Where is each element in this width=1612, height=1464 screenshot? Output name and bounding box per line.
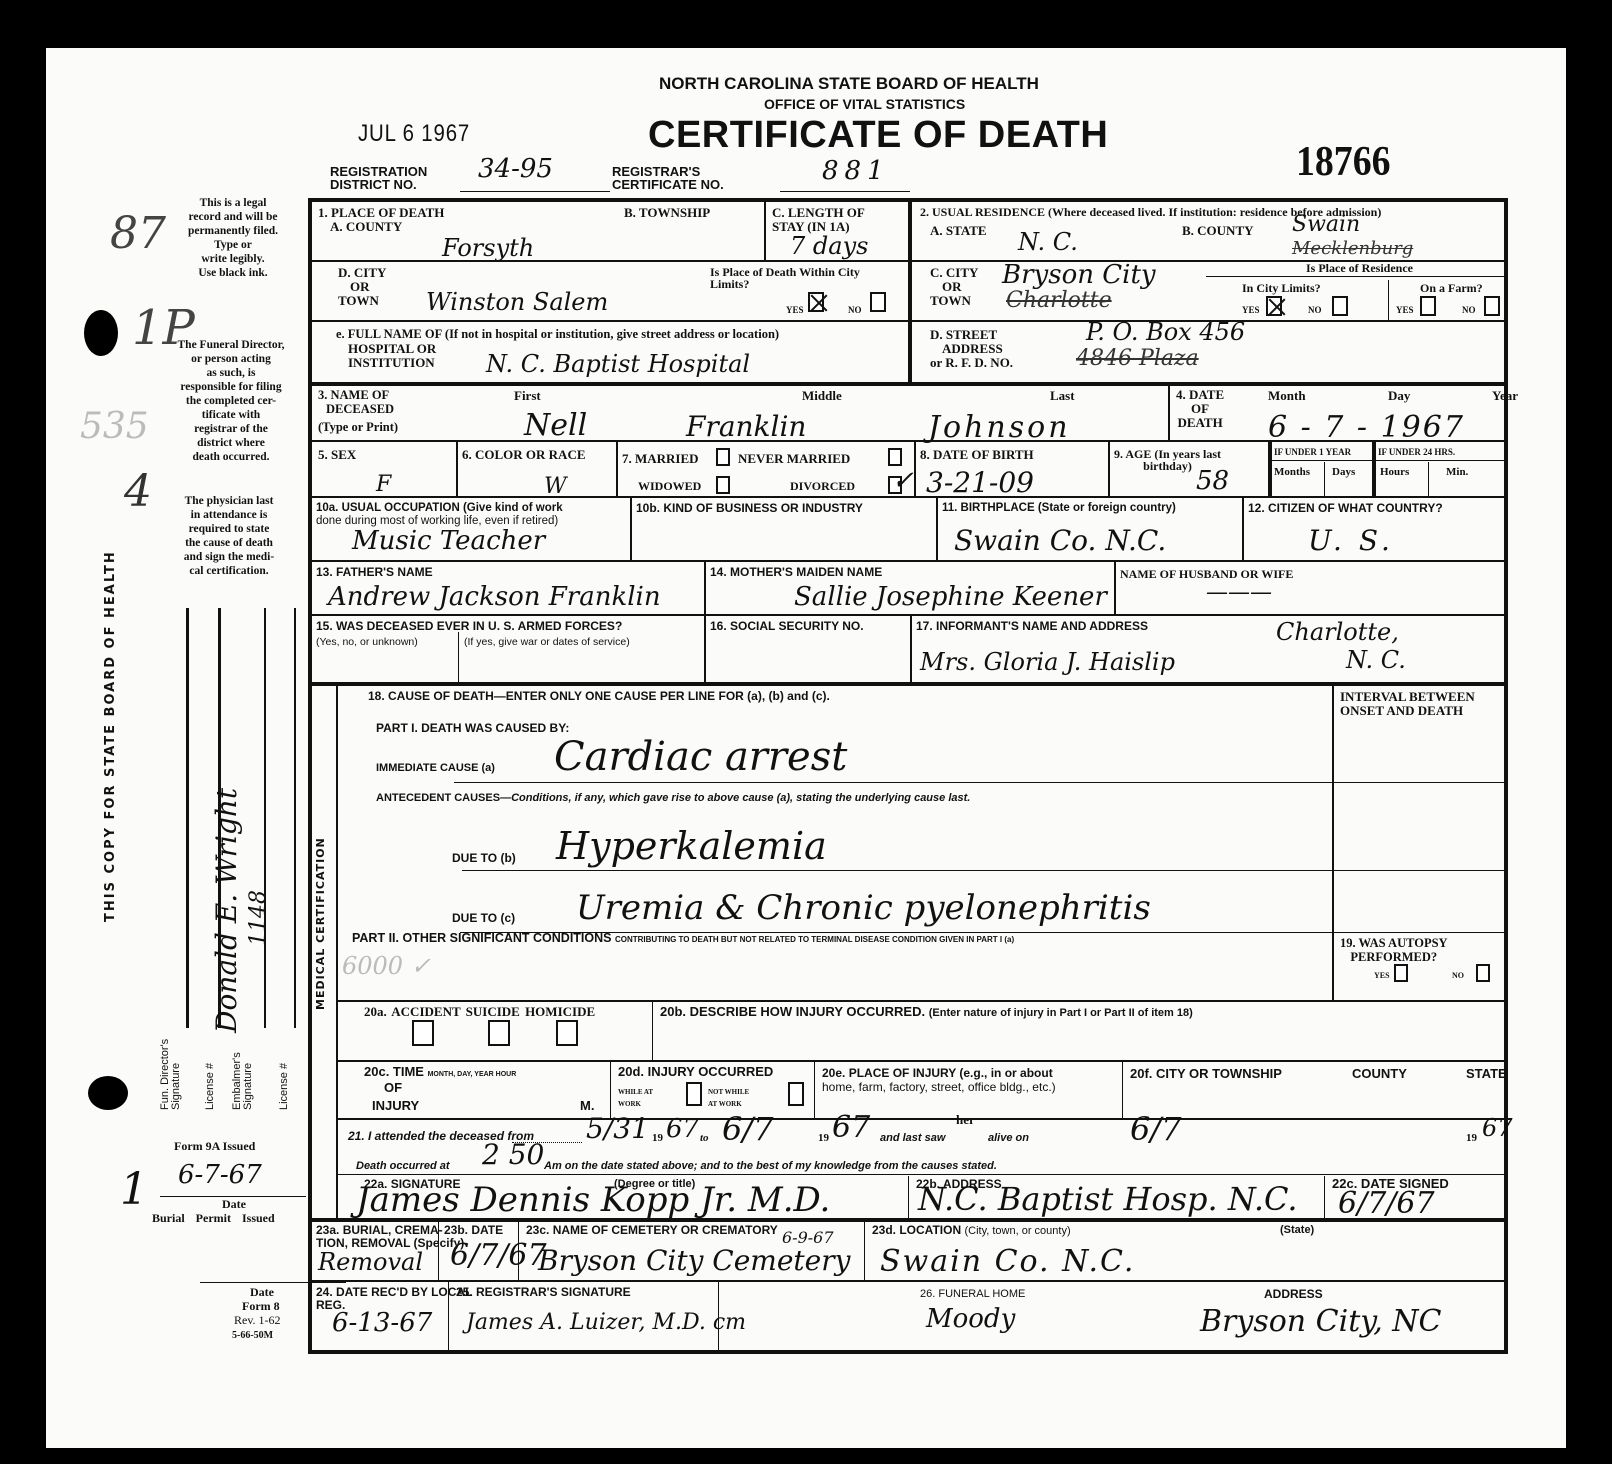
registrar-signature-label: 25. REGISTRAR'S SIGNATURE <box>456 1286 631 1298</box>
mother-name-label: 14. MOTHER'S MAIDEN NAME <box>710 566 882 578</box>
last-seen-19: 19 <box>1466 1132 1477 1144</box>
burial-permit-label: Burial Permit Issued <box>152 1212 275 1224</box>
within-city-yes-checkbox[interactable] <box>808 292 824 312</box>
business-label: 10b. KIND OF BUSINESS OR INDUSTRY <box>636 502 863 514</box>
registration-district-value[interactable]: 34-95 <box>478 154 553 184</box>
alive-on-label: alive on <box>988 1132 1029 1144</box>
last-seen-date[interactable]: 6/7 <box>1130 1110 1182 1148</box>
father-name-label: 13. FATHER'S NAME <box>316 566 433 578</box>
mother-name[interactable]: Sallie Josephine Keener <box>794 582 1107 612</box>
res-street-label: d. STREET ADDRESS or R. F. D. NO. <box>930 328 1013 370</box>
while-at-work-label: WHILE AT WORK <box>618 1086 654 1110</box>
res-city-label: c. CITY OR TOWN <box>930 266 978 308</box>
under-24-hrs-label: IF UNDER 24 HRS. <box>1378 446 1455 458</box>
time-of-label: OF <box>384 1082 402 1094</box>
res-street-struck: 4846 Plaza <box>1076 346 1199 371</box>
informant-state[interactable]: N. C. <box>1346 646 1406 674</box>
autopsy-yes-label: YES <box>1374 970 1390 982</box>
res-city[interactable]: Bryson City <box>1002 260 1156 290</box>
injury-occurred-label: 20d. INJURY OCCURRED <box>618 1066 773 1078</box>
registrar-cert-label: REGISTRAR'S CERTIFICATE NO. <box>612 165 724 191</box>
funeral-home[interactable]: Moody <box>926 1304 1015 1334</box>
location-state-label: (State) <box>1280 1224 1314 1236</box>
place-of-injury-label: 20e. PLACE OF INJURY (e.g., in or about … <box>822 1066 1056 1094</box>
date-label-2: Date <box>250 1286 274 1298</box>
date-of-birth-label: 8. DATE OF BIRTH <box>920 448 1034 462</box>
birthplace-label: 11. BIRTHPLACE (State or foreign country… <box>942 502 1176 514</box>
while-at-work-checkbox[interactable] <box>686 1082 702 1106</box>
sex-value[interactable]: F <box>376 472 391 497</box>
res-limits-yes-label: YES <box>1242 304 1260 316</box>
due-to-c-label: DUE TO (c) <box>452 912 515 924</box>
page-title: CERTIFICATE OF DEATH <box>648 114 1108 157</box>
occupation-value[interactable]: Music Teacher <box>352 526 545 556</box>
form-9a-date[interactable]: 6-7-67 <box>178 1160 262 1190</box>
part2-value: 6000 ✓ <box>342 952 431 980</box>
father-name[interactable]: Andrew Jackson Franklin <box>328 582 661 612</box>
hospital-label: e. FULL NAME OF (If not in hospital or i… <box>336 328 779 340</box>
embalmer-signature-label: Embalmer's Signature <box>232 1020 254 1110</box>
attended-from-19: 19 <box>652 1132 663 1144</box>
first-label: First <box>514 390 541 402</box>
margin-note-1: 1 <box>120 1164 148 1215</box>
widowed-label: WIDOWED <box>638 480 701 492</box>
him-her-label: her <box>956 1114 975 1126</box>
antecedent-label: ANTECEDENT CAUSES—Conditions, if any, wh… <box>376 792 970 804</box>
city-limits-label: In City Limits? <box>1242 282 1321 294</box>
res-limits-no-label: NO <box>1308 304 1322 316</box>
township-label: b. TOWNSHIP <box>624 206 710 220</box>
autopsy-no-label: NO <box>1452 970 1464 982</box>
within-city-no-checkbox[interactable] <box>870 292 886 312</box>
not-while-at-work-checkbox[interactable] <box>788 1082 804 1106</box>
in-city-limits-no-checkbox[interactable] <box>1332 296 1348 316</box>
under-1-year-label: IF UNDER 1 YEAR <box>1274 446 1351 458</box>
part1-label: PART I. DEATH WAS CAUSED BY: <box>376 722 569 734</box>
res-county-label: b. COUNTY <box>1182 224 1254 238</box>
year-label: Year <box>1492 390 1518 402</box>
month-label: Month <box>1268 390 1306 402</box>
injury-county-label: COUNTY <box>1352 1068 1407 1080</box>
office-title: OFFICE OF VITAL STATISTICS <box>764 96 965 112</box>
spouse-name-label: NAME OF HUSBAND OR WIFE <box>1120 568 1293 580</box>
injury-city-label: 20f. CITY OR TOWNSHIP <box>1130 1068 1282 1080</box>
disposition-date[interactable]: 6/7/67 <box>450 1238 547 1273</box>
attended-from[interactable]: 5/31 <box>586 1112 649 1145</box>
divorced-label: DIVORCED <box>790 480 855 492</box>
part2-label: PART II. OTHER SIGNIFICANT CONDITIONS CO… <box>352 932 1014 946</box>
citizen-label: 12. CITIZEN OF WHAT COUNTRY? <box>1248 502 1443 514</box>
city-of-death[interactable]: Winston Salem <box>426 288 608 316</box>
attended-to[interactable]: 6/7 <box>722 1110 774 1148</box>
not-while-at-work-label: NOT WHILE AT WORK <box>708 1086 752 1110</box>
hospital-label-2: HOSPITAL OR INSTITUTION <box>348 342 436 370</box>
license-label-1: License # <box>204 1063 216 1110</box>
funeral-home-address[interactable]: Bryson City, NC <box>1200 1304 1442 1339</box>
occupation-label: 10a. USUAL OCCUPATION (Give kind of work… <box>316 502 563 528</box>
death-certificate: NORTH CAROLINA STATE BOARD OF HEALTH OFF… <box>46 48 1566 1448</box>
sex-label: 5. SEX <box>318 448 356 462</box>
spouse-name[interactable]: ——— <box>1206 580 1272 605</box>
cemetery-date-note: 6-9-67 <box>782 1228 834 1247</box>
due-to-b[interactable]: Hyperkalemia <box>556 824 827 868</box>
city-of-death-label: d. CITY OR TOWN <box>338 266 386 308</box>
place-of-death-label: 1. PLACE OF DEATH a. COUNTY <box>318 206 444 234</box>
hours-label: Hours <box>1380 466 1409 478</box>
funeral-home-address-label: ADDRESS <box>1264 1288 1323 1300</box>
copy-for-state-label: THIS COPY FOR STATE BOARD OF HEALTH <box>103 550 118 922</box>
birthplace-value[interactable]: Swain Co. N.C. <box>954 524 1166 557</box>
agency-title: NORTH CAROLINA STATE BOARD OF HEALTH <box>659 74 1039 94</box>
deceased-name-label: 3. NAME OF DECEASED (Type or Print) <box>318 388 398 434</box>
armed-forces-service-label: (If yes, give war or dates of service) <box>464 636 630 648</box>
married-checkbox[interactable] <box>716 448 730 466</box>
certificate-number: 18766 <box>1296 138 1391 186</box>
time-of-injury-label: 20c. TIME MONTH, DAY, YEAR HOUR <box>364 1066 516 1081</box>
autopsy-no-checkbox[interactable] <box>1476 964 1490 982</box>
informant-label: 17. INFORMANT'S NAME AND ADDRESS <box>916 620 1148 632</box>
to-label: to <box>700 1132 709 1144</box>
immediate-cause-label: IMMEDIATE CAUSE (a) <box>376 762 495 774</box>
punch-hole-top <box>84 310 118 356</box>
homicide-checkbox[interactable] <box>556 1020 578 1046</box>
suicide-checkbox[interactable] <box>488 1020 510 1046</box>
describe-injury-label: 20b. DESCRIBE HOW INJURY OCCURRED. (Ente… <box>660 1006 1193 1019</box>
funeral-home-label: 26. FUNERAL HOME <box>920 1288 1025 1300</box>
print-code: 5-66-50M <box>232 1330 273 1342</box>
date-signed[interactable]: 6/7/67 <box>1338 1186 1435 1221</box>
due-to-c[interactable]: Uremia & Chronic pyelonephritis <box>576 888 1151 928</box>
middle-label: Middle <box>802 390 842 402</box>
received-stamp: JUL 6 1967 <box>358 120 470 148</box>
age-value[interactable]: 58 <box>1196 466 1229 496</box>
accident-suicide-homicide-label: 20a. ACCIDENT SUICIDE HOMICIDE <box>364 1006 595 1018</box>
punch-hole-bottom <box>88 1076 128 1110</box>
date-of-birth[interactable]: 3-21-09 <box>926 466 1034 499</box>
within-no-label: NO <box>848 304 862 316</box>
injury-label: INJURY <box>372 1100 419 1112</box>
length-of-stay-label: c. LENGTH OF STAY (in 1a) <box>772 206 865 234</box>
informant-city[interactable]: Charlotte, <box>1276 618 1399 646</box>
first-name[interactable]: Nell <box>524 408 587 443</box>
registrar-signature[interactable]: James A. Luizer, M.D. cm <box>466 1310 746 1335</box>
injury-state-label: STATE <box>1466 1068 1507 1080</box>
on-farm-label: On a Farm? <box>1420 282 1483 294</box>
autopsy-yes-checkbox[interactable] <box>1394 964 1408 982</box>
armed-forces-yes-no-label: (Yes, no, or unknown) <box>316 636 418 648</box>
margin-note-4: 4 <box>124 466 152 517</box>
farm-no-label: NO <box>1462 304 1476 316</box>
embalmer-signature: Donald E. Wright <box>210 788 243 1033</box>
death-occurred-note: Am on the date stated above; and to the … <box>544 1160 997 1172</box>
married-label: 7. MARRIED <box>622 452 699 466</box>
within-yes-label: YES <box>786 304 804 316</box>
margin-note-faint: 535 <box>80 406 149 447</box>
m-label: M. <box>580 1100 594 1112</box>
divorced-check-mark: ✓ <box>892 466 914 496</box>
burial-label: 23a. BURIAL, CREMA- TION, REMOVAL (Speci… <box>316 1224 464 1250</box>
disposition-date-label: 23b. DATE <box>444 1224 503 1236</box>
res-state-label: a. STATE <box>930 224 987 238</box>
min-label: Min. <box>1446 466 1468 478</box>
registrar-cert-value[interactable]: 881 <box>822 156 890 186</box>
medical-certification-label: MEDICAL CERTIFICATION <box>314 837 327 1010</box>
day-label: Day <box>1388 390 1410 402</box>
location-value[interactable]: Swain Co. N.C. <box>880 1244 1135 1279</box>
fun-director-signature-label: Fun. Director's Signature <box>160 1020 182 1110</box>
attended-to-19: 19 <box>818 1132 829 1144</box>
hospital-name[interactable]: N. C. Baptist Hospital <box>486 350 750 378</box>
never-married-label: NEVER MARRIED <box>738 452 850 466</box>
res-state[interactable]: N. C. <box>1018 228 1078 256</box>
death-time[interactable]: 2 50 <box>482 1138 544 1171</box>
cemetery-name[interactable]: Bryson City Cemetery <box>538 1244 850 1277</box>
length-of-stay[interactable]: 7 days <box>790 232 868 260</box>
form-9a-label: Form 9A Issued <box>174 1140 255 1152</box>
due-to-b-label: DUE TO (b) <box>452 852 516 864</box>
last-seen-year[interactable]: 67 <box>1482 1114 1513 1142</box>
last-saw-label: and last saw <box>880 1132 945 1144</box>
race-label: 6. COLOR OR RACE <box>462 448 586 462</box>
form-8-label: Form 8 <box>242 1300 280 1312</box>
burial-value[interactable]: Removal <box>318 1248 423 1276</box>
county-of-death[interactable]: Forsyth <box>442 234 534 262</box>
attended-to-year[interactable]: 67 <box>832 1110 870 1145</box>
funeral-director-note: The Funeral Director,or person actingas … <box>156 338 306 464</box>
last-label: Last <box>1050 390 1075 402</box>
days-label: Days <box>1332 466 1355 478</box>
physician-note: The physician lastin attendance isrequir… <box>164 494 294 578</box>
physician-address[interactable]: N.C. Baptist Hosp. N.C. <box>918 1180 1298 1218</box>
months-label: Months <box>1274 466 1310 478</box>
cause-of-death-label: 18. CAUSE OF DEATH—ENTER ONLY ONE CAUSE … <box>368 690 830 702</box>
ssn-label: 16. SOCIAL SECURITY NO. <box>710 620 864 632</box>
registration-district-label: REGISTRATION DISTRICT NO. <box>330 165 427 191</box>
legal-record-note: This is a legalrecord and will bepermane… <box>168 196 298 280</box>
res-city-struck: Charlotte <box>1006 288 1112 313</box>
interval-label: INTERVAL BETWEEN ONSET AND DEATH <box>1340 690 1475 718</box>
in-city-limits-yes-checkbox[interactable] <box>1266 296 1282 316</box>
on-farm-no-checkbox[interactable] <box>1484 296 1500 316</box>
res-street[interactable]: P. O. Box 456 <box>1086 318 1245 346</box>
immediate-cause[interactable]: Cardiac arrest <box>554 734 847 780</box>
location-label: 23d. LOCATION (City, town, or county) <box>872 1224 1071 1237</box>
on-farm-yes-checkbox[interactable] <box>1420 296 1436 316</box>
farm-yes-label: YES <box>1396 304 1414 316</box>
margin-note-87: 87 <box>110 208 166 259</box>
physician-signature[interactable]: James Dennis Kopp Jr. M.D. <box>356 1180 830 1220</box>
cemetery-label: 23c. NAME OF CEMETERY OR CREMATORY <box>526 1224 778 1236</box>
license-label-2: License # <box>278 1063 290 1110</box>
res-county[interactable]: Swain <box>1292 212 1360 237</box>
place-of-residence-label: Is Place of Residence <box>1306 262 1413 274</box>
never-married-checkbox[interactable] <box>888 448 902 466</box>
attended-from-year[interactable]: 67 <box>666 1114 699 1144</box>
widowed-checkbox[interactable] <box>716 476 730 494</box>
armed-forces-label: 15. WAS DECEASED EVER IN U. S. ARMED FOR… <box>316 620 622 632</box>
informant-name[interactable]: Mrs. Gloria J. Haislip <box>920 648 1175 676</box>
date-of-death-label: 4. DATE OF DEATH <box>1176 388 1224 430</box>
death-occurred-label: Death occurred at <box>356 1160 450 1172</box>
accident-checkbox[interactable] <box>412 1020 434 1046</box>
autopsy-label: 19. WAS AUTOPSY PERFORMED? <box>1340 936 1448 964</box>
citizen-value[interactable]: U. S. <box>1308 524 1394 557</box>
within-city-limits-label: Is Place of Death Within City Limits? <box>710 266 860 290</box>
rev-label: Rev. 1-62 <box>234 1314 281 1326</box>
embalmer-license: 1148 <box>246 890 271 946</box>
date-label: Date <box>222 1198 246 1210</box>
middle-name[interactable]: Franklin <box>686 410 806 443</box>
date-received[interactable]: 6-13-67 <box>332 1308 432 1338</box>
res-county-struck: Mecklenburg <box>1292 238 1413 259</box>
